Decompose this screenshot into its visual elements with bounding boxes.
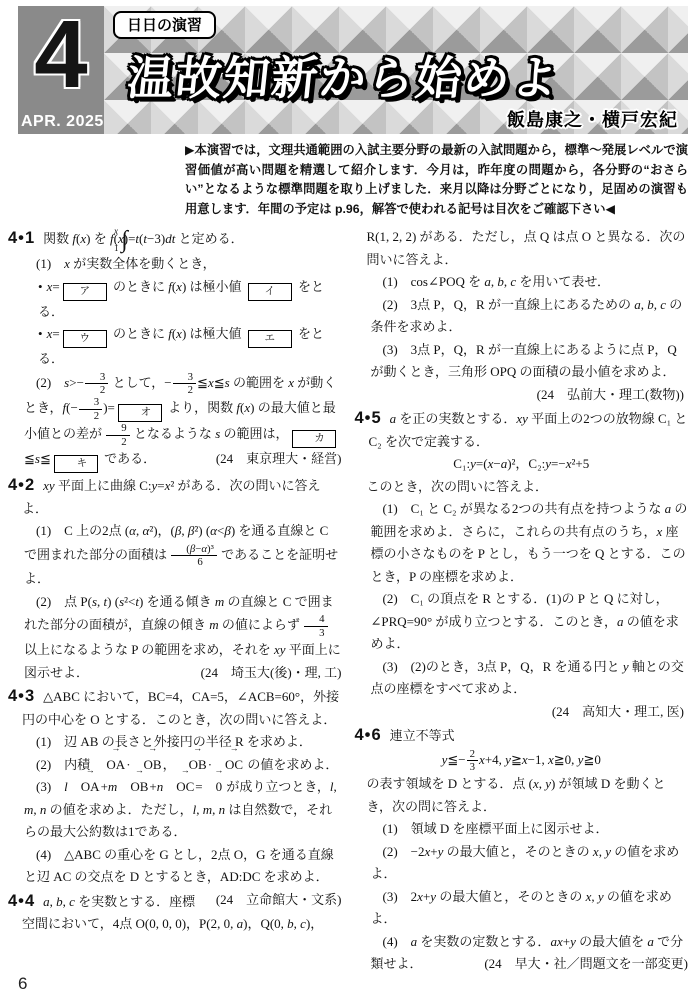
header-pattern-band: 日日の演習 温故知新から始めよ 飯島康之・横戸宏紀 <box>104 6 688 134</box>
issue-date: APR. 2025 <box>21 113 104 131</box>
bullet-icon: • <box>38 279 43 294</box>
problem-number: 4•6 <box>355 726 382 744</box>
source-citation: (24 東京理大・経営) <box>204 448 342 471</box>
answer-box: イ <box>248 283 292 301</box>
problem-start: 4•1関数 f(x) を f(x)=∫x1t(t−3)dt と定める． <box>8 227 342 253</box>
problem-subitem: (4) a を実数の定数とする．ax+y の最大値を a で分類せよ．(24 早… <box>355 931 689 974</box>
source-citation: (24 埼玉大(後)・理, 工) <box>189 662 342 685</box>
problem-subitem: (1) x が実数全体を動くとき， <box>8 253 342 276</box>
page-header: 4 APR. 2025 日日の演習 温故知新から始めよ 飯島康之・横戸宏紀 <box>18 6 688 134</box>
problem-subitem: (2) C₁ の頂点を R とする．(1)の P と Q に対し，∠PRQ=90… <box>355 588 689 656</box>
column-right: R(1, 2, 2) がある．ただし，点 Q は点 O と異なる．次の問いに答え… <box>355 226 689 974</box>
problem-subitem: (2) 3点 P，Q，R が一直線上にあるための a, b, c の条件を求めよ… <box>355 294 689 339</box>
problem-continuation: このとき，次の問いに答えよ． <box>355 476 689 499</box>
vector-arrow: 0 <box>204 776 223 799</box>
fraction: 23 <box>467 748 478 774</box>
problem-continuation: R(1, 2, 2) がある．ただし，点 Q は点 O と異なる．次の問いに答え… <box>355 226 689 271</box>
fraction: 32 <box>85 371 108 397</box>
problem-subitem: (4) △ABC の重心を G とし，2点 O，G を通る直線と辺 AC の交点… <box>8 844 342 889</box>
problem-subitem: (2) s>−32 として，−32≦x≦s の範囲を x が動くとき，f(−32… <box>8 371 342 474</box>
problem-subitem: (3) (2)のとき，3点 P，Q，R を通る円と y 軸との交点の座標をすべて… <box>355 656 689 701</box>
source-citation: (24 早大・社／問題文を一部変更) <box>472 953 688 974</box>
problem-number: 4•3 <box>8 687 35 705</box>
problem-start: 4•2xy 平面上に曲線 C:y=x² がある．次の問いに答えよ． <box>8 474 342 520</box>
answer-box: ア <box>63 283 107 301</box>
series-badge: 日日の演習 <box>113 11 216 39</box>
vector-arrow: OA <box>69 776 100 799</box>
source-citation: (24 高知大・理工, 医) <box>355 701 689 724</box>
problem-subitem: (2) 点 P(s, t) (s²<t) を通る傾き m の直線と C で囲まれ… <box>8 591 342 684</box>
fraction: 32 <box>79 396 102 422</box>
fraction: (β−α)³6 <box>171 543 217 569</box>
issue-number: 4 <box>18 8 104 102</box>
magazine-page: 4 APR. 2025 日日の演習 温故知新から始めよ 飯島康之・横戸宏紀 ▶本… <box>0 0 691 1000</box>
problem-subitem: (1) 辺 AB の長さと外接円の半径 R を求めよ． <box>8 731 342 754</box>
answer-box: キ <box>54 455 98 473</box>
issue-box: 4 APR. 2025 <box>18 6 104 134</box>
problem-bullet-line: •x=ウ のときに f(x) は極大値 エ をとる． <box>8 323 342 371</box>
problem-number: 4•4 <box>8 892 35 910</box>
bullet-icon: • <box>38 326 43 341</box>
problem-number: 4•1 <box>8 229 35 247</box>
problem-columns: 4•1関数 f(x) を f(x)=∫x1t(t−3)dt と定める．(1) x… <box>8 226 688 974</box>
fraction: 32 <box>173 371 196 397</box>
problem-subitem: (1) C₁ と C₂ が異なる2つの共有点を持つような a の範囲を求めよ．さ… <box>355 498 689 588</box>
vector-arrow: OC <box>164 776 194 799</box>
problem-number: 4•5 <box>355 409 382 427</box>
problem-bullet-line: •x=ア のときに f(x) は極小値 イ をとる． <box>8 276 342 324</box>
page-number: 6 <box>18 974 27 994</box>
problem-subitem: (3) lOA+mOB+nOC=0 が成り立つとき，l, m, n の値を求めよ… <box>8 776 342 844</box>
problem-subitem: (3) 2x+y の最大値と，そのときの x, y の値を求めよ． <box>355 886 689 931</box>
problem-subitem: (1) 領域 D を座標平面上に図示せよ． <box>355 818 689 841</box>
fraction: 92 <box>106 422 129 448</box>
fraction: 43 <box>304 613 327 639</box>
problem-start: 4•6連立不等式 <box>355 724 689 748</box>
problem-subitem: (1) cos∠POQ を a, b, c を用いて表せ． <box>355 271 689 294</box>
authors-line: 飯島康之・横戸宏紀 <box>507 106 678 132</box>
problem-subitem: (3) 3点 P，Q，R が一直線上にあるように点 P，Q が動くとき，三角形 … <box>355 339 689 384</box>
answer-box: エ <box>248 330 292 348</box>
display-equation: y≦−23x+4, y≧x−1, x≧0, y≧0 <box>355 748 689 774</box>
problem-subitem: (1) C 上の2点 (α, α²)，(β, β²) (α<β) を通る直線と … <box>8 520 342 591</box>
answer-box: オ <box>118 404 162 422</box>
display-equation: C₁:y=(x−a)²，C₂:y=−x²+5 <box>355 453 689 476</box>
column-left: 4•1関数 f(x) を f(x)=∫x1t(t−3)dt と定める．(1) x… <box>8 226 342 974</box>
vector-arrow: OA <box>94 754 125 777</box>
source-citation: (24 立命館大・文系) <box>204 889 342 912</box>
intro-paragraph: ▶本演習では，文理共通範囲の入試主要分野の最新の入試問題から，標準～発展レベルで… <box>185 141 688 219</box>
problem-number: 4•2 <box>8 476 35 494</box>
problem-subitem: (2) −2x+y の最大値と，そのときの x, y の値を求めよ． <box>355 841 689 886</box>
source-citation: (24 弘前大・理工(数物)) <box>355 384 689 407</box>
page-title: 温故知新から始めよ <box>125 42 564 108</box>
vector-arrow: OB <box>118 776 148 799</box>
answer-box: カ <box>292 430 336 448</box>
problem-start: 4•5a を正の実数とする．xy 平面上の2つの放物線 C₁ と C₂ を次で定… <box>355 407 689 453</box>
answer-box: ウ <box>63 330 107 348</box>
problem-start: 4•3△ABC において，BC=4，CA=5，∠ACB=60°，外接円の中心を … <box>8 685 342 731</box>
problem-continuation: の表す領域を D とする．点 (x, y) が領域 D を動くとき，次の問に答え… <box>355 773 689 818</box>
